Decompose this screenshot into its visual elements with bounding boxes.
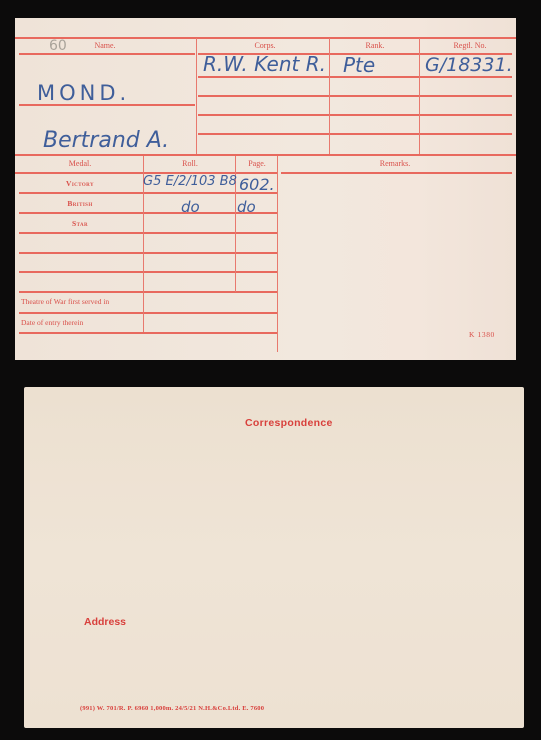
corps-header: Corps. — [215, 41, 315, 50]
medal-victory: Victory — [35, 179, 125, 188]
pencil-note: 60 — [49, 38, 67, 54]
surname: MOND. — [37, 81, 130, 105]
rule — [19, 232, 277, 234]
rule — [15, 37, 516, 39]
rule — [19, 271, 277, 273]
forenames: Bertrand A. — [43, 128, 169, 153]
british-page: do — [237, 198, 256, 216]
medal-star: Star — [35, 219, 125, 228]
rule — [419, 38, 420, 154]
regtl-no-header: Regtl. No. — [425, 41, 515, 50]
victory-roll: G5 E/2/103 B8 — [143, 174, 237, 189]
corps-value: R.W. Kent R. — [203, 52, 326, 76]
british-roll: do — [181, 198, 200, 216]
medal-card-back: Correspondence Address (991) W. 701/R. P… — [24, 387, 524, 728]
theatre-label: Theatre of War first served in — [21, 297, 109, 306]
rank-header: Rank. — [335, 41, 415, 50]
rule — [19, 312, 277, 314]
rule — [143, 292, 144, 332]
form-code: K 1380 — [469, 330, 495, 339]
date-entry-label: Date of entry therein — [21, 318, 83, 327]
rule — [196, 38, 197, 154]
rule — [198, 133, 512, 135]
rule — [198, 95, 512, 97]
rule — [281, 172, 512, 174]
roll-header: Roll. — [155, 159, 225, 168]
rule — [19, 252, 277, 254]
rank-value: Pte — [343, 53, 375, 77]
rule — [19, 332, 277, 334]
victory-page: 602. — [239, 175, 275, 194]
printer-line: (991) W. 701/R. P. 6960 1,000m. 24/5/21 … — [80, 705, 264, 712]
address-label: Address — [84, 616, 126, 628]
medal-card-front: Name. Corps. Rank. Regtl. No. 60 MOND. B… — [15, 18, 516, 360]
medal-header: Medal. — [45, 159, 115, 168]
rule — [277, 156, 278, 352]
name-header: Name. — [55, 41, 155, 50]
rule — [19, 291, 277, 293]
rule — [329, 38, 330, 154]
rule — [15, 154, 516, 156]
medal-british: British — [35, 199, 125, 208]
correspondence-label: Correspondence — [245, 417, 333, 429]
rule — [19, 53, 195, 55]
regtl-no-value: G/18331. — [425, 54, 513, 76]
page-header: Page. — [237, 159, 277, 168]
rule — [198, 114, 512, 116]
remarks-header: Remarks. — [315, 159, 475, 168]
